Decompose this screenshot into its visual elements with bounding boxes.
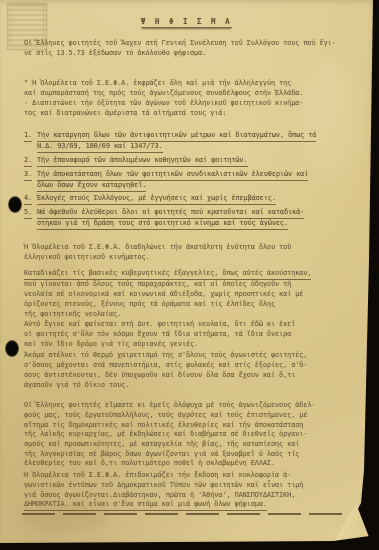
document-page: Ψ Η Φ Ι Σ Μ Α Οἱ Ἕλληνες φοιτητές τοῦ Ἄα… bbox=[0, 0, 379, 550]
text-run: αἴτημα τίς δημοκρατικές καί πολιτικές ἐλ… bbox=[24, 421, 303, 431]
title-row: Ψ Η Φ Ι Σ Μ Α bbox=[0, 9, 373, 28]
list-item: 4.Ἐκλογές στούς Συλλόγους, μέ ἐγγυήσεις … bbox=[24, 194, 360, 205]
text-line: τῆς λαϊκῆς κυριαρχίας, μέ ἐκδηλώσεις καί… bbox=[24, 430, 360, 440]
text-line: Ἡ Ὁλομέλεια τοῦ Σ.Ε.Φ.Α. ἐπιδοκιμάζει τή… bbox=[24, 471, 360, 481]
text-line: 4.Ἐκλογές στούς Συλλόγους, μέ ἐγγυήσεις … bbox=[37, 194, 360, 205]
text-run: γωνιστικῶν ἐντύπων τοῦ Δημοκρατικοῦ Τύπο… bbox=[24, 481, 303, 491]
text-run: Τήν κατάργηση ὅλων τῶν ἀντιφοιτητικῶν μέ… bbox=[37, 131, 316, 142]
scanner-background: Ψ Η Φ Ι Σ Μ Α Οἱ Ἕλληνες φοιτητές τοῦ Ἄα… bbox=[0, 0, 379, 550]
text-line: - Διαπιστώνει τήν ὀξύτητα τῶν ἀγώνων τοῦ… bbox=[24, 99, 360, 109]
text-run: Οἱ Ἕλληνες φοιτητές εἴμαστε κι ἐμεῖς ὁλό… bbox=[24, 401, 316, 411]
text-run: Αὐτό ἔγινε καί φαίνεται στή Δυτ. φοιτητι… bbox=[24, 320, 295, 330]
text-line: Αὐτό ἔγινε καί φαίνεται στή Δυτ. φοιτητι… bbox=[24, 320, 360, 330]
text-line: καί συμπαράστασή της πρός τούς ἀγωνιζόμε… bbox=[24, 89, 360, 99]
hole-punch bbox=[5, 340, 19, 357]
text-run: καί συμπαράστασή της πρός τούς ἀγωνιζόμε… bbox=[24, 89, 303, 99]
text-run: Οἱ Ἕλληνες φοιτητές τοῦ Ἄαχεν στή Γενική… bbox=[24, 39, 336, 49]
paragraph: Ἀκόμα στέλνει τό θερμό χαιρετισμό της σ'… bbox=[24, 351, 360, 390]
text-line: τῆς φοιτητικῆς νεολαίας. bbox=[24, 310, 360, 320]
text-run: Καταδικάζει τίς βασικές κυβερνητικές ἐξα… bbox=[24, 269, 311, 280]
list-number: 1. bbox=[24, 131, 32, 142]
text-run: Ν.Δ. 93/69, 180/69 καί 1347/73. bbox=[37, 142, 163, 153]
text-line: πού γίνονται ἀπό ὅλους τούς παραχαράκτες… bbox=[24, 280, 360, 290]
text-run: οἱ φοιτητές σ'ὅλο τόν κόσμο ἔχουν τά ἴδι… bbox=[24, 330, 291, 340]
text-run: σμούς καί προσωπικότητες, μέ καταγγελία … bbox=[24, 440, 299, 450]
text-line: 2.Τήν ἐπαναφορά τῶν ἀπολυμένων καθηγητῶν… bbox=[37, 156, 360, 167]
paragraph: Καταδικάζει τίς βασικές κυβερνητικές ἐξα… bbox=[24, 269, 360, 319]
text-run: γιά ὅσους ἀγωνίζονται.Διαβάστηκαν, πρῶτα… bbox=[24, 491, 295, 501]
text-line: γιά ὅσους ἀγωνίζονται.Διαβάστηκαν, πρῶτα… bbox=[24, 491, 360, 501]
text-line: ΔΗΜΟΚΡΑΤΙΑ. καί εἶναι σ'ἕνα στόμα καί μι… bbox=[24, 500, 360, 511]
text-run: - Διαπιστώνει τήν ὀξύτητα τῶν ἀγώνων τοῦ… bbox=[24, 99, 303, 109]
text-line: Οἱ Ἕλληνες φοιτητές τοῦ Ἄαχεν στή Γενική… bbox=[24, 39, 360, 49]
text-line: ἀγαποῦν γιά τό δίκιο τους. bbox=[24, 381, 360, 391]
text-line: νεολαία σέ οἰκονομικά καί κοινωνικά ἀδιέ… bbox=[24, 290, 360, 300]
list-number: 5. bbox=[24, 208, 32, 219]
typed-rule bbox=[22, 513, 363, 515]
list-number: 4. bbox=[24, 194, 32, 205]
text-run: " Ἡ Ὁλομέλεια τοῦ Σ.Ε.Φ.Α. ἐκφράζει ὅλη … bbox=[24, 79, 291, 89]
document-title: Ψ Η Φ Ι Σ Μ Α bbox=[141, 17, 232, 28]
text-run: Ἡ Ὁλομέλεια τοῦ Σ.Ε.Φ.Α. διαδηλώνει τήν … bbox=[24, 243, 291, 253]
text-run: τῆς λογοκρισίας σέ βάρος ὅσων ἀγωνίζοντα… bbox=[24, 450, 299, 460]
text-run: στηκαν γιά τή δράση τους στό φοιτητικό κ… bbox=[37, 219, 288, 230]
text-run: νεολαία σέ οἰκονομικά καί κοινωνικά ἀδιέ… bbox=[24, 290, 303, 300]
list-item: 5.Νά ἀφεθοῦν ἐλεύθεροι ὅλοι οἱ φοιτητές … bbox=[24, 208, 360, 230]
text-run: Ἡ Ὁλομέλεια τοῦ Σ.Ε.Φ.Α. ἐπιδοκιμάζει τή… bbox=[24, 471, 291, 481]
list-item: 2.Τήν ἐπαναφορά τῶν ἀπολυμένων καθηγητῶν… bbox=[24, 156, 360, 167]
text-run: ΔΗΜΟΚΡΑΤΙΑ. καί εἶναι σ'ἕνα στόμα καί μι… bbox=[24, 500, 267, 511]
text-line: τος καί διατρανώνει ἀμέριστα τά αἰτήματά… bbox=[24, 109, 360, 119]
text-line: Ν.Δ. 93/69, 180/69 καί 1347/73. bbox=[37, 142, 360, 153]
text-line: οἱ φοιτητές σ'ὅλο τόν κόσμο ἔχουν τά ἴδι… bbox=[24, 330, 360, 340]
text-line: ἐλευθερίες του καί ὅ,τι πολυτιμότερο ποθ… bbox=[24, 459, 360, 469]
paragraph: " Ἡ Ὁλομέλεια τοῦ Σ.Ε.Φ.Α. ἐκφράζει ὅλη … bbox=[24, 79, 360, 118]
text-run: Τήν ἀποκατάσταση ὅλων τῶν φοιτητικῶν συν… bbox=[37, 170, 308, 181]
text-line: σμούς καί προσωπικότητες, μέ καταγγελία … bbox=[24, 440, 360, 450]
text-run: Νά ἀφεθοῦν ἐλεύθεροι ὅλοι οἱ φοιτητές πο… bbox=[37, 208, 304, 219]
text-run: νε στίς 13.5.73 ἐξέδωσαν τό ἀκόλουθο ψήφ… bbox=[24, 49, 206, 59]
text-run: Τήν ἐπαναφορά τῶν ἀπολυμένων καθηγητῶν κ… bbox=[37, 156, 248, 167]
text-run: ἀγαποῦν γιά τό δίκιο τους. bbox=[24, 381, 129, 391]
text-line: αἴτημα τίς δημοκρατικές καί πολιτικές ἐλ… bbox=[24, 421, 360, 431]
document-body: Οἱ Ἕλληνες φοιτητές τοῦ Ἄαχεν στή Γενική… bbox=[24, 39, 360, 515]
text-run: τος καί διατρανώνει ἀμέριστα τά αἰτήματά… bbox=[24, 109, 226, 119]
text-run: Ἐκλογές στούς Συλλόγους, μέ ἐγγυήσεις κα… bbox=[37, 194, 276, 205]
text-line: 1.Τήν κατάργηση ὅλων τῶν ἀντιφοιτητικῶν … bbox=[37, 131, 360, 142]
text-run: τῆς λαϊκῆς κυριαρχίας, μέ ἐκδηλώσεις καί… bbox=[24, 430, 307, 440]
text-line: νε στίς 13.5.73 ἐξέδωσαν τό ἀκόλουθο ψήφ… bbox=[24, 49, 360, 59]
text-run: ἑλληνικοῦ φοιτητικοῦ κινήματος. bbox=[24, 253, 150, 263]
text-line: καί τόν ἴδιο δρόμο γιά τίς αὐριανές γενι… bbox=[24, 340, 360, 350]
text-line: Καταδικάζει τίς βασικές κυβερνητικές ἐξα… bbox=[24, 269, 360, 280]
text-run: ὅλων ὅσων ἔχουν καταργηθεῖ. bbox=[37, 181, 146, 192]
hole-punch bbox=[8, 196, 22, 213]
text-run: σους ἀντιστέκονται, δέν ὑποχωροῦν καί δί… bbox=[24, 371, 295, 381]
text-line: ὁρίζοντες στενούς, ξένους πρός τά ὁράματ… bbox=[24, 300, 360, 310]
text-line: ὅλων ὅσων ἔχουν καταργηθεῖ. bbox=[37, 181, 360, 192]
text-line: 5.Νά ἀφεθοῦν ἐλεύθεροι ὅλοι οἱ φοιτητές … bbox=[37, 208, 360, 219]
list-number: 2. bbox=[24, 156, 32, 167]
text-run: Ἀκόμα στέλνει τό θερμό χαιρετισμό της σ'… bbox=[24, 351, 307, 361]
paragraph: Οἱ Ἕλληνες φοιτητές εἴμαστε κι ἐμεῖς ὁλό… bbox=[24, 401, 360, 469]
text-run: ἐλευθερίες του καί ὅ,τι πολυτιμότερο ποθ… bbox=[24, 459, 275, 469]
text-line: Ἡ Ὁλομέλεια τοῦ Σ.Ε.Φ.Α. διαδηλώνει τήν … bbox=[24, 243, 360, 253]
text-run: φούς μας, τούς ἐργατοϋπαλλήλους, τούς ἀγ… bbox=[24, 411, 307, 421]
text-run: ὁρίζοντες στενούς, ξένους πρός τά ὁράματ… bbox=[24, 300, 275, 310]
text-line: ἑλληνικοῦ φοιτητικοῦ κινήματος. bbox=[24, 253, 360, 263]
paragraph: Ἡ Ὁλομέλεια τοῦ Σ.Ε.Φ.Α. ἐπιδοκιμάζει τή… bbox=[24, 471, 360, 511]
list-number: 3. bbox=[24, 170, 32, 181]
text-line: γωνιστικῶν ἐντύπων τοῦ Δημοκρατικοῦ Τύπο… bbox=[24, 481, 360, 491]
list-item: 1.Τήν κατάργηση ὅλων τῶν ἀντιφοιτητικῶν … bbox=[24, 131, 360, 153]
text-run: πού γίνονται ἀπό ὅλους τούς παραχαράκτες… bbox=[24, 280, 291, 290]
list-item: 3.Τήν ἀποκατάσταση ὅλων τῶν φοιτητικῶν σ… bbox=[24, 170, 360, 192]
text-line: τῆς λογοκρισίας σέ βάρος ὅσων ἀγωνίζοντα… bbox=[24, 450, 360, 460]
paragraph: Αὐτό ἔγινε καί φαίνεται στή Δυτ. φοιτητι… bbox=[24, 320, 360, 349]
paragraph: Ἡ Ὁλομέλεια τοῦ Σ.Ε.Φ.Α. διαδηλώνει τήν … bbox=[24, 243, 360, 262]
text-line: " Ἡ Ὁλομέλεια τοῦ Σ.Ε.Φ.Α. ἐκφράζει ὅλη … bbox=[24, 79, 360, 89]
paragraph: Οἱ Ἕλληνες φοιτητές τοῦ Ἄαχεν στή Γενική… bbox=[24, 39, 360, 58]
text-line: σ'ὅσους μάχονται στά πανεπιστήμια, στίς … bbox=[24, 361, 360, 371]
text-line: Ἀκόμα στέλνει τό θερμό χαιρετισμό της σ'… bbox=[24, 351, 360, 361]
text-line: 3.Τήν ἀποκατάσταση ὅλων τῶν φοιτητικῶν σ… bbox=[37, 170, 360, 181]
text-line: σους ἀντιστέκονται, δέν ὑποχωροῦν καί δί… bbox=[24, 371, 360, 381]
text-run: καί τόν ἴδιο δρόμο γιά τίς αὐριανές γενι… bbox=[24, 340, 198, 350]
text-run: τῆς φοιτητικῆς νεολαίας. bbox=[24, 310, 121, 320]
text-line: φούς μας, τούς ἐργατοϋπαλλήλους, τούς ἀγ… bbox=[24, 411, 360, 421]
text-line: στηκαν γιά τή δράση τους στό φοιτητικό κ… bbox=[37, 219, 360, 230]
text-line: Οἱ Ἕλληνες φοιτητές εἴμαστε κι ἐμεῖς ὁλό… bbox=[24, 401, 360, 411]
text-run: σ'ὅσους μάχονται στά πανεπιστήμια, στίς … bbox=[24, 361, 307, 371]
